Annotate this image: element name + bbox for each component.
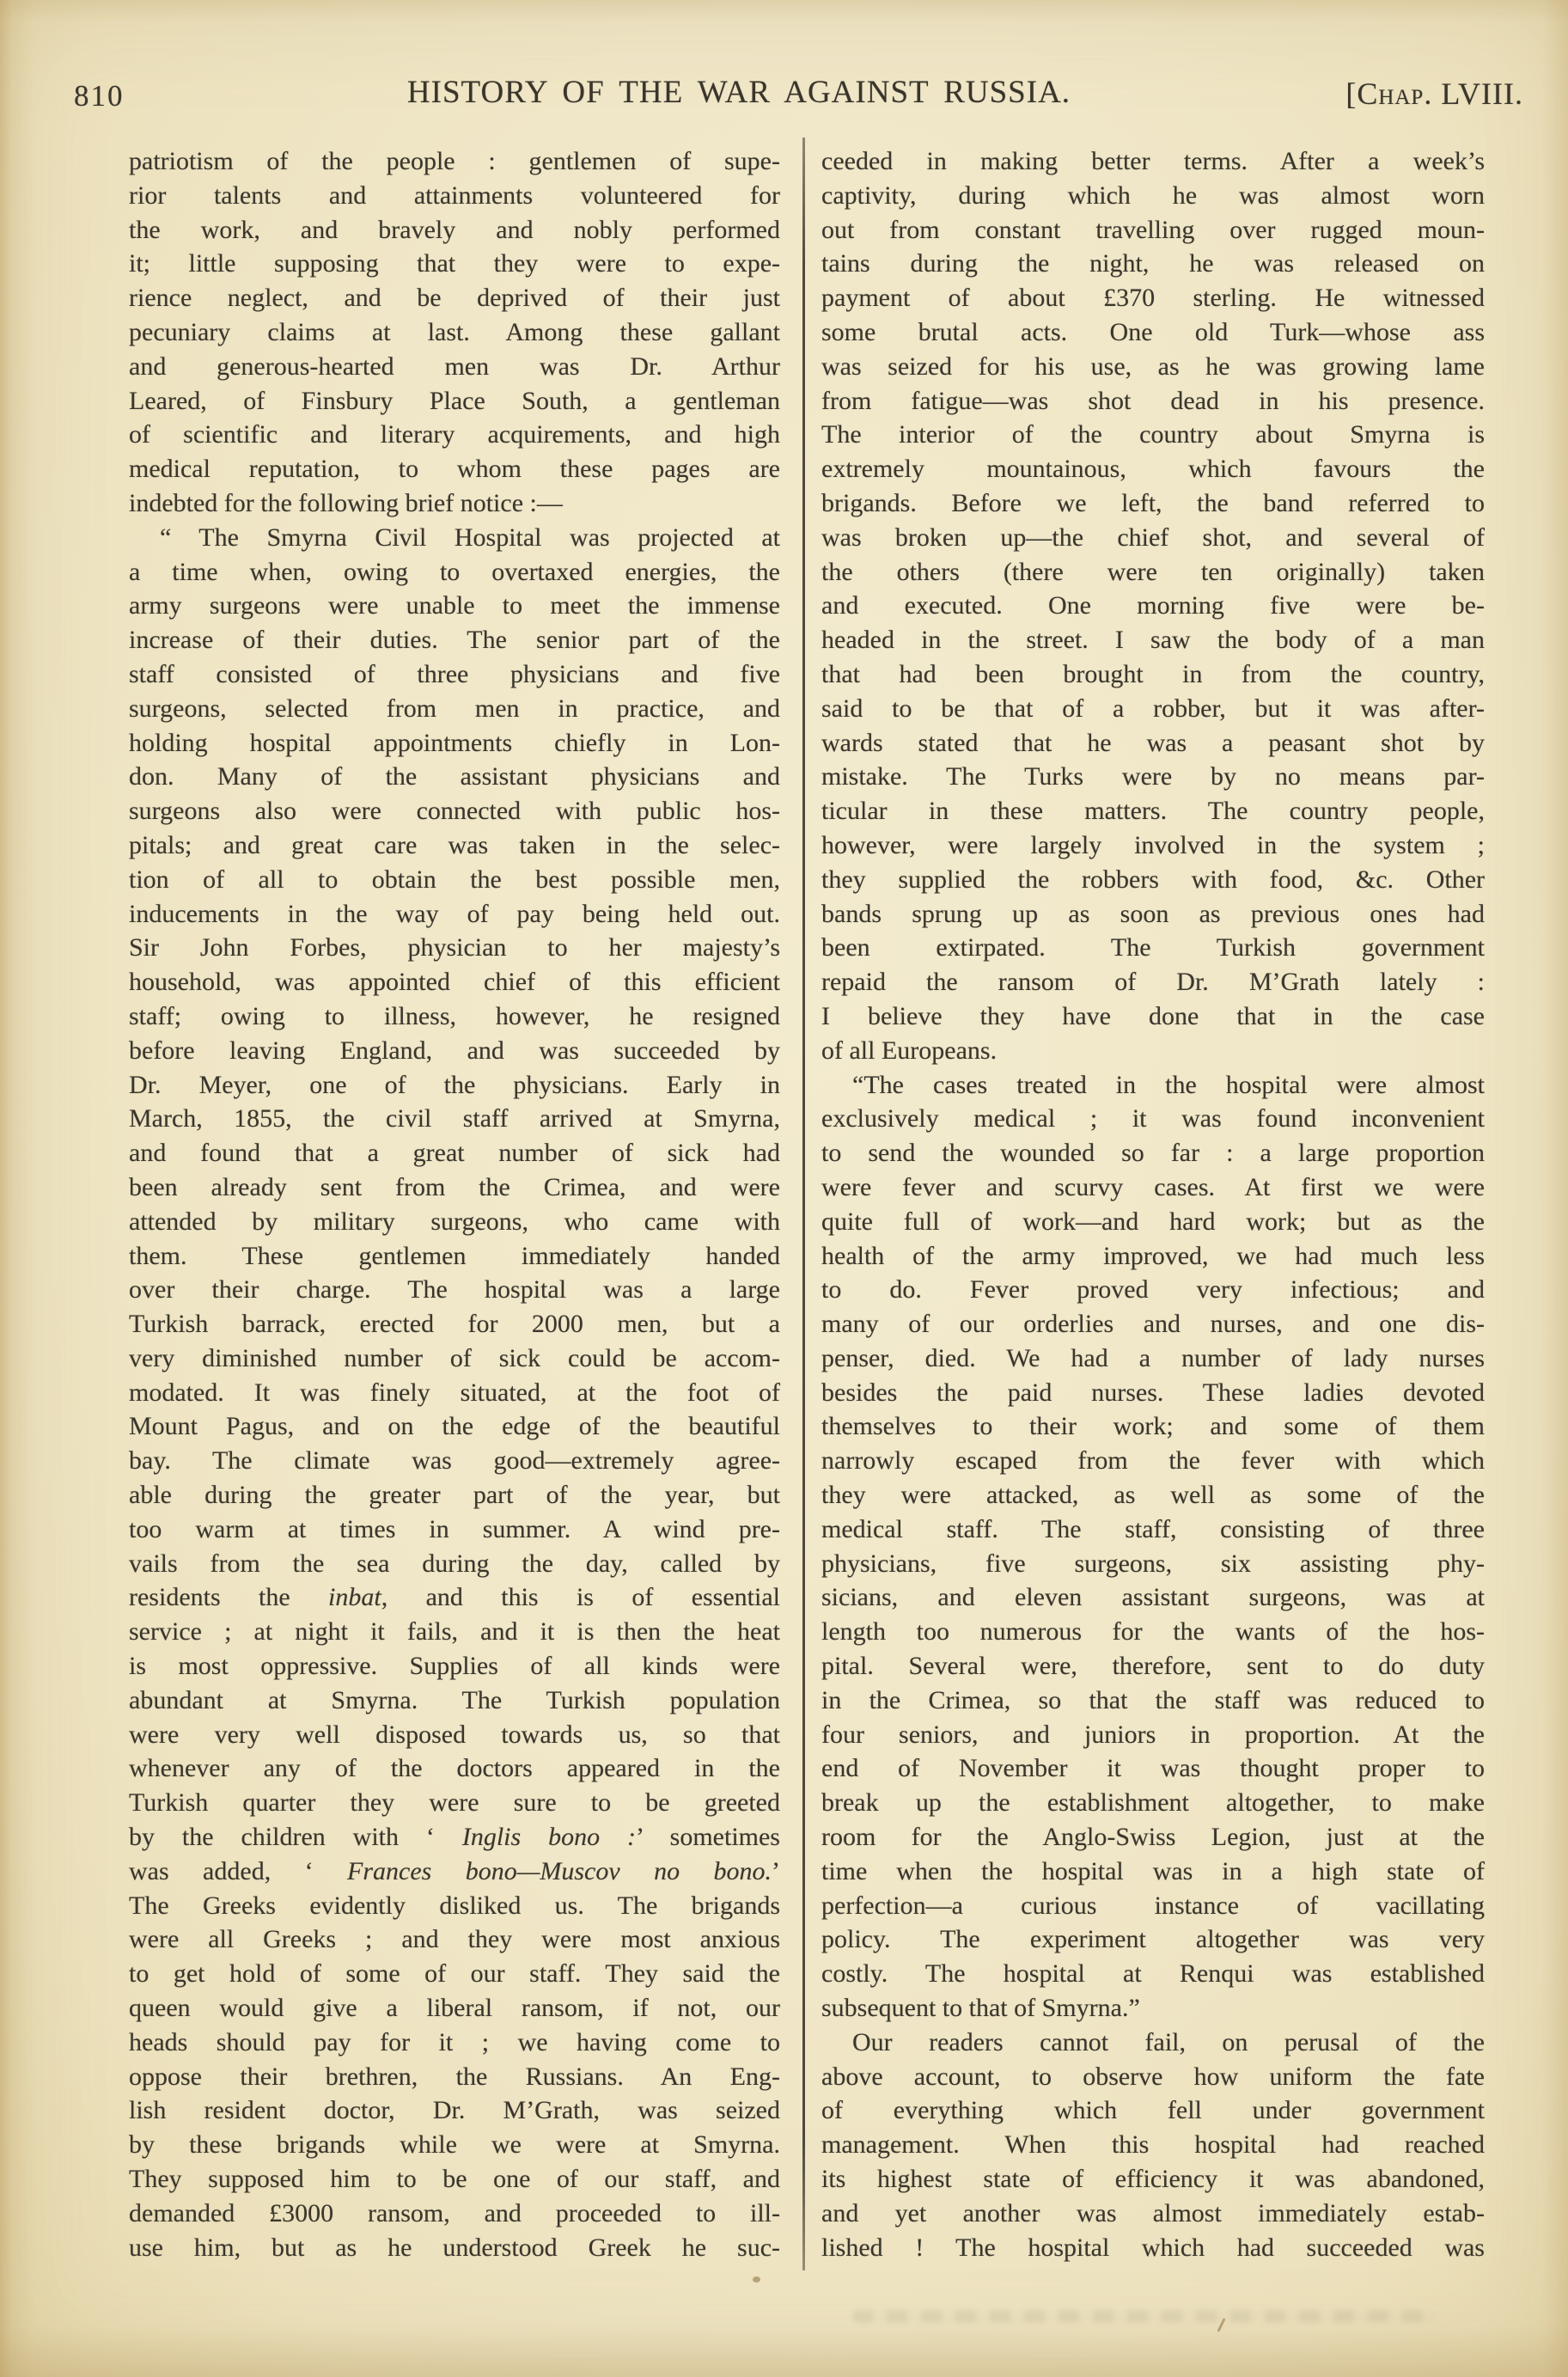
text-line: before leaving England, and was succeede… [129,1034,780,1068]
text-line: however, were largely involved in the sy… [821,828,1485,863]
text-line: a time when, owing to overtaxed energies… [129,555,780,590]
text-line: the work, and bravely and nobly performe… [129,213,780,247]
text-line: health of the army improved, we had much… [821,1239,1485,1274]
text-line: vails from the sea during the day, calle… [129,1547,780,1581]
text-line: payment of about £370 sterling. He witne… [821,281,1485,315]
text-line: been extirpated. The Turkish government [821,931,1485,965]
text-line: pital. Several were, therefore, sent to … [821,1649,1485,1683]
text-line: inducements in the way of pay being held… [129,897,780,932]
text-line: demanded £3000 ransom, and proceeded to … [129,2197,780,2231]
text-line: Turkish barrack, erected for 2000 men, b… [129,1307,780,1341]
text-line: sicians, and eleven assistant surgeons, … [821,1580,1485,1615]
text-line: army surgeons were unable to meet the im… [129,589,780,623]
text-line: Our readers cannot fail, on perusal of t… [821,2026,1485,2060]
text-line: ticular in these matters. The country pe… [821,794,1485,828]
text-line: were all Greeks ; and they were most anx… [129,1922,780,1957]
text-line: and found that a great number of sick ha… [129,1136,780,1170]
text-line: from fatigue—was shot dead in his presen… [821,384,1485,419]
text-line: Leared, of Finsbury Place South, a gentl… [129,384,780,419]
text-line: Sir John Forbes, physician to her majest… [129,931,780,965]
text-line: modated. It was finely situated, at the … [129,1376,780,1410]
text-line: were very well disposed towards us, so t… [129,1718,780,1752]
text-line: policy. The experiment altogether was ve… [821,1922,1485,1957]
text-line: Mount Pagus, and on the edge of the beau… [129,1409,780,1444]
text-line: is most oppressive. Supplies of all kind… [129,1649,780,1683]
text-line: to do. Fever proved very infectious; and [821,1273,1485,1307]
text-line: patriotism of the people : gentlemen of … [129,144,780,179]
text-line: increase of their duties. The senior par… [129,623,780,657]
show-through-smudge [852,2310,1437,2323]
text-line: indebted for the following brief notice … [129,486,780,521]
text-line: perfection—a curious instance of vacilla… [821,1889,1485,1923]
text-line: they supplied the robbers with food, &c.… [821,863,1485,897]
text-line: and generous-hearted men was Dr. Arthur [129,350,780,384]
text-line: by the children with ‘ Inglis bono :’ so… [129,1820,780,1855]
text-line: by these brigands while we were at Smyrn… [129,2128,780,2162]
text-line: of everything which fell under governmen… [821,2093,1485,2128]
text-line: been already sent from the Crimea, and w… [129,1170,780,1205]
text-line: besides the paid nurses. These ladies de… [821,1376,1485,1410]
text-line: costly. The hospital at Renqui was estab… [821,1957,1485,1991]
left-text-column: patriotism of the people : gentlemen of … [129,144,780,2264]
text-line: to get hold of some of our staff. They s… [129,1957,780,1991]
text-line: the others (there were ten originally) t… [821,555,1485,590]
page-number: 810 [74,79,125,113]
page-title: HISTORY OF THE WAR AGAINST RUSSIA. [378,74,1100,111]
text-line: extremely mountainous, which favours the [821,452,1485,486]
chapter-label: [Chap. LVIII. [1345,76,1523,112]
text-line: lished ! The hospital which had succeede… [821,2231,1485,2265]
text-line: its highest state of efficiency it was a… [821,2162,1485,2197]
book-page-scan: 810 HISTORY OF THE WAR AGAINST RUSSIA. [… [0,0,1568,2377]
text-line: queen would give a liberal ransom, if no… [129,1991,780,2026]
text-line: many of our orderlies and nurses, and on… [821,1307,1485,1341]
text-line: too warm at times in summer. A wind pre- [129,1512,780,1547]
text-line: above account, to observe how uniform th… [821,2060,1485,2094]
text-line: wards stated that he was a peasant shot … [821,726,1485,761]
text-line: and executed. One morning five were be- [821,589,1485,623]
text-line: were fever and scurvy cases. At first we… [821,1170,1485,1205]
text-line: was broken up—the chief shot, and severa… [821,521,1485,555]
text-line: in the Crimea, so that the staff was red… [821,1683,1485,1718]
text-line: don. Many of the assistant physicians an… [129,760,780,794]
text-line: household, was appointed chief of this e… [129,965,780,999]
text-line: four seniors, and juniors in proportion.… [821,1718,1485,1752]
text-line: headed in the street. I saw the body of … [821,623,1485,657]
text-line: holding hospital appointments chiefly in… [129,726,780,761]
text-line: medical staff. The staff, consisting of … [821,1512,1485,1547]
text-line: time when the hospital was in a high sta… [821,1855,1485,1889]
text-line: bands sprung up as soon as previous ones… [821,897,1485,932]
text-line: break up the establishment altogether, t… [821,1786,1485,1820]
text-line: said to be that of a robber, but it was … [821,692,1485,726]
text-line: ceeded in making better terms. After a w… [821,144,1485,179]
text-line: residents the inbat, and this is of esse… [129,1580,780,1615]
text-line: rior talents and attainments volunteered… [129,179,780,213]
text-line: narrowly escaped from the fever with whi… [821,1444,1485,1478]
text-line: The interior of the country about Smyrna… [821,418,1485,452]
text-line: subsequent to that of Smyrna.” [821,1991,1485,2026]
text-line: themselves to their work; and some of th… [821,1409,1485,1444]
text-line: They supposed him to be one of our staff… [129,2162,780,2197]
text-line: tains during the night, he was released … [821,247,1485,281]
text-line: physicians, five surgeons, six assisting… [821,1547,1485,1581]
text-line: heads should pay for it ; we having come… [129,2026,780,2060]
text-line: repaid the ransom of Dr. M’Grath lately … [821,965,1485,999]
text-line: abundant at Smyrna. The Turkish populati… [129,1683,780,1718]
text-line: “The cases treated in the hospital were … [821,1068,1485,1103]
text-line: length too numerous for the wants of the… [821,1615,1485,1649]
text-line: whenever any of the doctors appeared in … [129,1751,780,1786]
text-line: lish resident doctor, Dr. M’Grath, was s… [129,2093,780,2128]
text-line: Turkish quarter they were sure to be gre… [129,1786,780,1820]
text-line: pitals; and great care was taken in the … [129,828,780,863]
text-line: staff consisted of three physicians and … [129,657,780,692]
text-line: very diminished number of sick could be … [129,1341,780,1376]
text-line: quite full of work—and hard work; but as… [821,1205,1485,1239]
column-divider-rule [802,137,805,2270]
text-line: was added, ‘ Frances bono—Muscov no bono… [129,1855,780,1889]
text-line: mistake. The Turks were by no means par- [821,760,1485,794]
text-line: attended by military surgeons, who came … [129,1205,780,1239]
text-line: some brutal acts. One old Turk—whose ass [821,315,1485,350]
text-line: surgeons, selected from men in practice,… [129,692,780,726]
text-line: of scientific and literary acquirements,… [129,418,780,452]
text-line: to send the wounded so far : a large pro… [821,1136,1485,1170]
text-line: able during the greater part of the year… [129,1478,780,1512]
text-line: out from constant travelling over rugged… [821,213,1485,247]
text-line: brigands. Before we left, the band refer… [821,486,1485,521]
text-line: penser, died. We had a number of lady nu… [821,1341,1485,1376]
text-line: end of November it was thought proper to [821,1751,1485,1786]
text-line: that had been brought in from the countr… [821,657,1485,692]
text-line: was seized for his use, as he was growin… [821,350,1485,384]
text-line: over their charge. The hospital was a la… [129,1273,780,1307]
text-line: them. These gentlemen immediately handed [129,1239,780,1274]
text-line: The Greeks evidently disliked us. The br… [129,1889,780,1923]
text-line: oppose their brethren, the Russians. An … [129,2060,780,2094]
text-line: use him, but as he understood Greek he s… [129,2231,780,2265]
text-line: it; little supposing that they were to e… [129,247,780,281]
text-line: service ; at night it fails, and it is t… [129,1615,780,1649]
text-line: pecuniary claims at last. Among these ga… [129,315,780,350]
text-line: of all Europeans. [821,1034,1485,1068]
text-line: Dr. Meyer, one of the physicians. Early … [129,1068,780,1103]
text-line: surgeons also were connected with public… [129,794,780,828]
text-line: and yet another was almost immediately e… [821,2197,1485,2231]
text-line: room for the Anglo-Swiss Legion, just at… [821,1820,1485,1855]
text-line: “ The Smyrna Civil Hospital was projecte… [129,521,780,555]
text-line: management. When this hospital had reach… [821,2128,1485,2162]
text-line: exclusively medical ; it was found incon… [821,1102,1485,1136]
running-head: 810 HISTORY OF THE WAR AGAINST RUSSIA. [… [0,72,1568,119]
right-text-column: ceeded in making better terms. After a w… [821,144,1485,2264]
text-line: rience neglect, and be deprived of their… [129,281,780,315]
text-line: I believe they have done that in the cas… [821,999,1485,1034]
text-line: captivity, during which he was almost wo… [821,179,1485,213]
text-line: March, 1855, the civil staff arrived at … [129,1102,780,1136]
text-line: medical reputation, to whom these pages … [129,452,780,486]
text-line: tion of all to obtain the best possible … [129,863,780,897]
text-line: bay. The climate was good—extremely agre… [129,1444,780,1478]
text-line: staff; owing to illness, however, he res… [129,999,780,1034]
text-line: they were attacked, as well as some of t… [821,1478,1485,1512]
paper-speck [753,2276,760,2282]
